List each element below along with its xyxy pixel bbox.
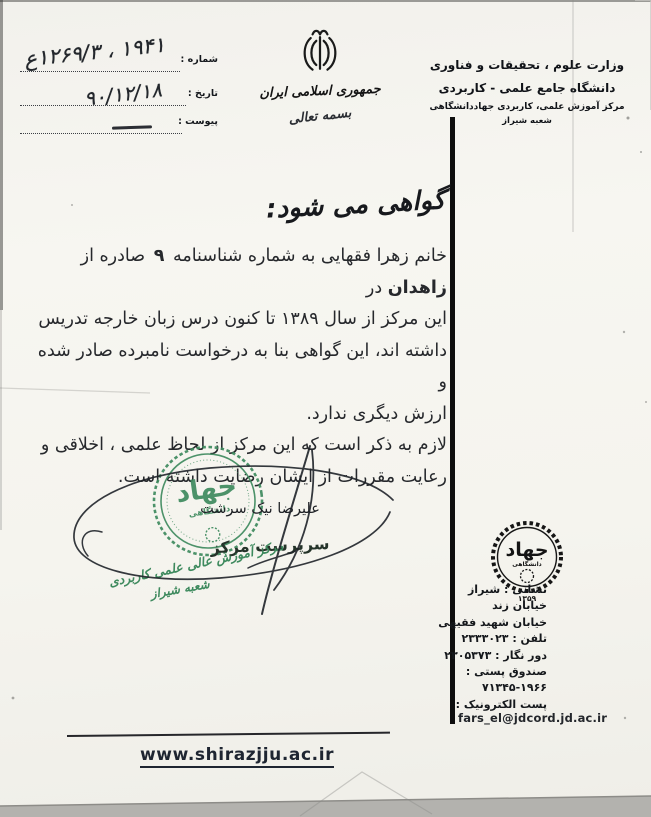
ref-number-dotted-line xyxy=(20,71,180,72)
ref-number-label: شماره : xyxy=(181,54,218,65)
address-line: خیابان زند xyxy=(387,598,547,614)
bismillah-script: بسمه تعالی xyxy=(258,103,383,131)
body-line-2: این مرکز از سال ۱۳۸۹ تا کنون درس زبان خا… xyxy=(35,304,447,336)
line1-mid: صادره از xyxy=(81,246,145,266)
center-line: مرکز آموزش علمی، کاربردی جهاددانشگاهی xyxy=(415,102,639,112)
body-line-4: ارزش دیگری ندارد. xyxy=(35,399,447,431)
university-line: دانشگاه جامع علمی - کاربردی xyxy=(415,77,639,100)
address-line: خیابان شهید فقیهی xyxy=(387,615,547,631)
city-name: زاهدان xyxy=(388,278,447,298)
iran-emblem-icon xyxy=(296,26,344,78)
ref-attachment-dotted-line xyxy=(20,133,182,134)
ref-date-label: تاریخ : xyxy=(188,88,218,99)
address-line: صندوق پستی : xyxy=(387,664,547,680)
address-line: دور نگار : ۲۳۰۵۳۷۳ xyxy=(387,648,547,664)
line1-pre: خانم زهرا فقهایی به شماره شناسنامه xyxy=(173,246,447,266)
line1-post: در xyxy=(366,278,382,298)
address-block: نشانی : شیراز خیابان زند خیابان شهید فقی… xyxy=(387,582,547,713)
letterhead-block: وزارت علوم ، تحقیقات و فناوری دانشگاه جا… xyxy=(415,54,639,126)
ministry-line: وزارت علوم ، تحقیقات و فناوری xyxy=(415,54,639,77)
branch-line: شعبه شیراز xyxy=(415,116,639,126)
scanned-certificate-page: شماره : ۱۹۴۱ ، ۱۲۶۹/۳ع تاریخ : ۹۰/۱۲/۱۸ … xyxy=(0,0,651,817)
ref-attachment-label: پیوست : xyxy=(178,116,218,127)
body-line-3: داشته اند، این گواهی بنا به درخواست نامب… xyxy=(35,336,447,399)
certificate-title: گواهی می شود: xyxy=(265,185,446,224)
postal-code: ۷۱۳۴۵-۱۹۶۶ xyxy=(387,680,547,696)
logo-main-text: جهاد xyxy=(505,539,548,561)
body-line-1: خانم زهرا فقهایی به شماره شناسنامه ۹ صاد… xyxy=(35,241,447,304)
website-url: www.shirazjju.ac.ir xyxy=(140,745,334,768)
national-emblem-block: جمهوری اسلامی ایران بسمه تعالی xyxy=(258,26,382,124)
id-number: ۹ xyxy=(151,246,168,266)
email-address: fars_el@jdcord.jd.ac.ir xyxy=(458,711,607,725)
country-name: جمهوری اسلامی ایران xyxy=(258,82,382,101)
address-line: تلفن : ۲۳۳۳۰۲۳ xyxy=(387,631,547,647)
logo-sub-text: دانشگاهی xyxy=(512,560,541,568)
footer-rule xyxy=(67,732,390,737)
signature-scribble-icon xyxy=(58,438,410,630)
address-line: نشانی : شیراز xyxy=(387,582,547,598)
